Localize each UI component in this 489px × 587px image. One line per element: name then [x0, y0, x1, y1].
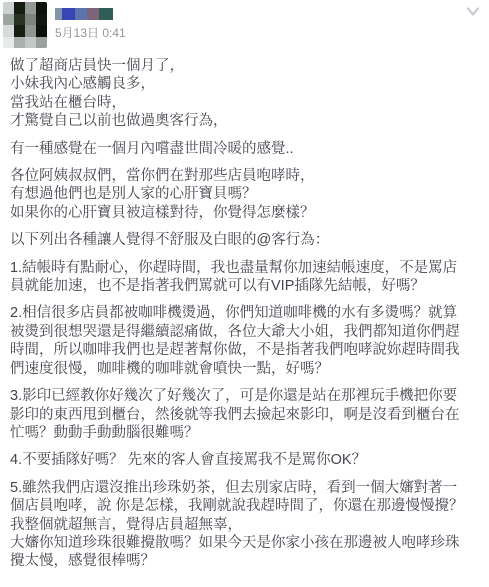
post-paragraph: 以下列出各種讓人覺得不舒服及白眼的@客行為： — [10, 231, 481, 249]
avatar-mosaic-cell — [3, 25, 14, 37]
name-censor-segment — [62, 8, 75, 20]
name-censor-segment — [55, 8, 62, 20]
censored-username[interactable] — [55, 8, 126, 20]
avatar-mosaic-cell — [14, 25, 25, 37]
name-censor-segment — [75, 8, 87, 20]
post-header-meta: 5月13日 0:41 — [55, 8, 126, 41]
post-body: 做了超商店員快一個月了， 小妹我內心感觸良多， 當我站在櫃台時， 才驚覺自己以前… — [0, 50, 489, 571]
avatar-mosaic-cell — [14, 14, 25, 26]
avatar-mosaic-cell — [25, 25, 36, 37]
name-censor-segment — [99, 8, 113, 20]
avatar-mosaic-cell — [3, 14, 14, 26]
avatar-mosaic-cell — [25, 14, 36, 26]
chevron-down-icon[interactable] — [465, 5, 481, 17]
avatar-mosaic-cell — [14, 37, 25, 49]
post-paragraph: 5.雖然我們店還沒推出珍珠奶茶，但去別家店時，看到一個大嬸對著一 個店員咆哮，說… — [10, 479, 481, 571]
post-paragraph: 3.影印已經教你好幾次了好幾次了，可是你還是站在那裡玩手機把你要 影印的東西甩到… — [10, 387, 481, 442]
post-timestamp[interactable]: 5月13日 0:41 — [55, 24, 126, 41]
avatar-mosaic-cell — [3, 37, 14, 49]
post-paragraph: 1.結帳時有點耐心，你趕時間，我也盡量幫你加速結帳速度，不是罵店 員就能加速，也… — [10, 259, 481, 296]
post-paragraph: 有一種感覺在一個月內嚐盡世間冷暖的感覺.. — [10, 140, 481, 158]
facebook-post-card: 5月13日 0:41 做了超商店員快一個月了， 小妹我內心感觸良多， 當我站在櫃… — [0, 0, 489, 587]
post-paragraph: 2.相信很多店員都被咖啡機燙過，你們知道咖啡機的水有多燙嗎？就算 被燙到很想哭還… — [10, 304, 481, 378]
avatar[interactable] — [3, 2, 47, 48]
avatar-mosaic-cell — [36, 14, 47, 26]
avatar-mosaic-cell — [25, 2, 36, 14]
post-paragraph: 做了超商店員快一個月了， 小妹我內心感觸良多， 當我站在櫃台時， 才驚覺自己以前… — [10, 57, 481, 131]
chevron-down-path — [468, 9, 478, 15]
avatar-mosaic-cell — [36, 25, 47, 37]
post-paragraph: 4.不要插隊好嗎？ 先來的客人會直接罵我不是罵你OK？ — [10, 451, 481, 469]
avatar-mosaic-cell — [14, 2, 25, 14]
post-header: 5月13日 0:41 — [0, 0, 489, 50]
avatar-mosaic-cell — [25, 37, 36, 49]
avatar-mosaic-cell — [36, 2, 47, 14]
name-censor-segment — [87, 8, 99, 20]
post-paragraph: 各位阿姨叔叔們，當你們在對那些店員咆哮時， 有想過他們也是別人家的心肝寶貝嗎？ … — [10, 167, 481, 222]
avatar-mosaic-cell — [36, 37, 47, 49]
avatar-mosaic-cell — [3, 2, 14, 14]
